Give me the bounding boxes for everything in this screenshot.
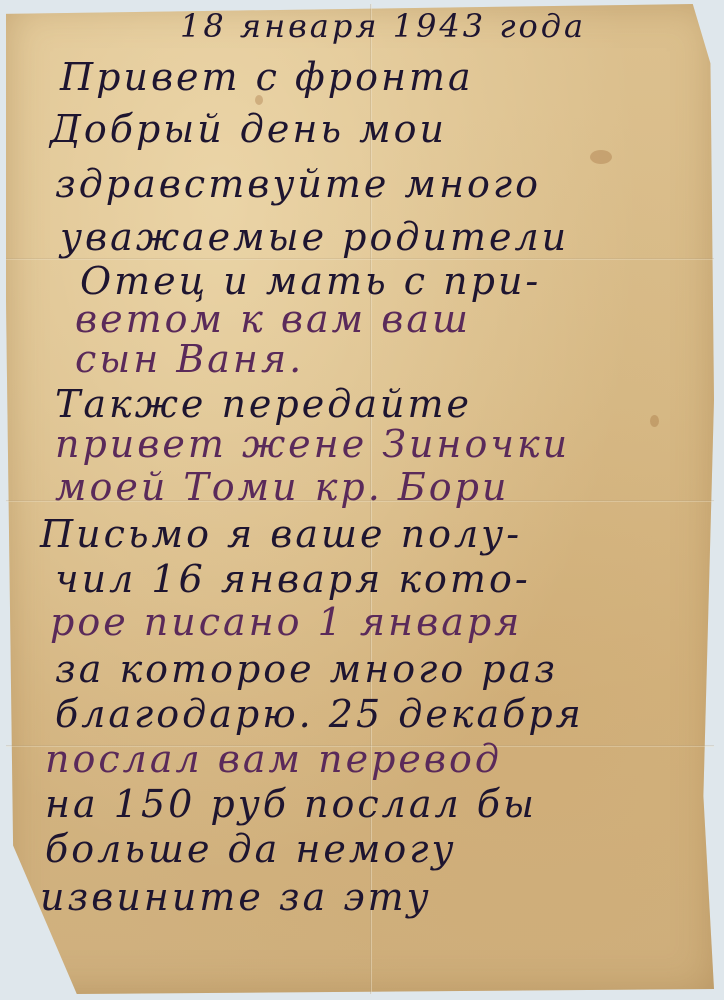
letter-line: Письмо я ваше полу- [40,515,522,553]
letter-line: рое писано 1 января [50,603,522,641]
stain [650,415,659,427]
letter-line: Привет с фронта [60,58,474,96]
letter-line: извините за эту [40,878,432,916]
letter-line: послал вам перевод [45,740,502,778]
letter-line: уважаемые родители [60,218,569,256]
letter-line: Также передайте [55,385,472,423]
letter-line: за которое много раз [55,650,558,688]
letter-line: ветом к вам ваш [75,300,471,338]
letter-line: Отец и мать с при- [80,262,541,300]
letter-line: здравствуйте много [55,165,541,203]
letter-line: больше да немогу [45,830,457,868]
letter-line: моей Томи кр. Бори [55,468,509,506]
stain [590,150,612,164]
letter-date: 18 января 1943 года [180,10,586,42]
letter-line: Добрый день мои [50,110,447,148]
letter-line: привет жене Зиночки [55,425,570,463]
letter-signature: сын Ваня. [75,340,304,378]
letter-line: благодарю. 25 декабря [55,695,584,733]
letter-line: чил 16 января кото- [55,560,531,598]
letter-line: на 150 руб послал бы [45,785,537,823]
